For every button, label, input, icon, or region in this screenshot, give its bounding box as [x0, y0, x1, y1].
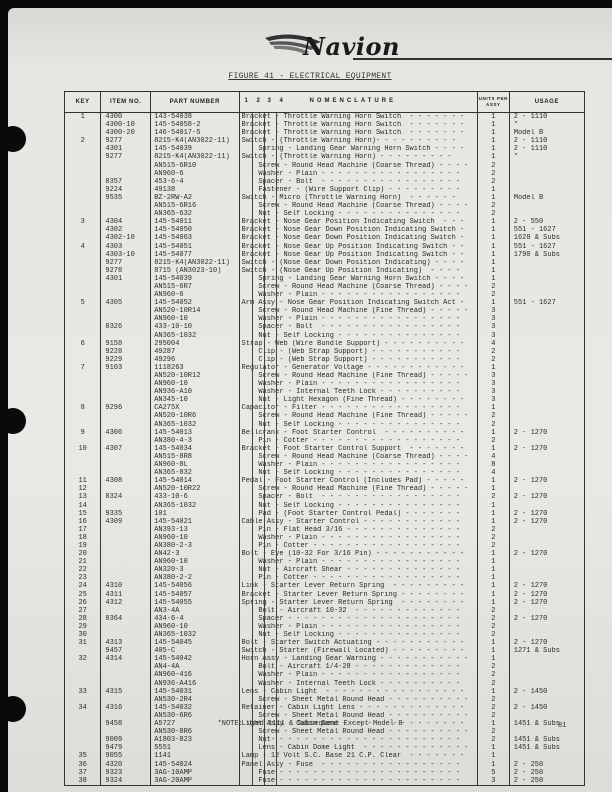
units-cell: 1 — [478, 639, 509, 647]
units-cell: 1 — [478, 121, 509, 129]
units-cell: 2 — [478, 493, 509, 501]
item-no-cell: 4309 — [101, 518, 150, 526]
usage-cell — [510, 461, 584, 469]
item-no-cell: 9479 — [101, 744, 150, 752]
item-no-cell — [101, 162, 150, 170]
logo-rule — [353, 58, 612, 60]
part-number-column: 143-54038145-54058-2146-54017-58215-K4(A… — [151, 113, 239, 786]
usage-cell — [510, 469, 584, 477]
item-no-cell — [101, 663, 150, 671]
item-no-cell: 8364 — [101, 615, 150, 623]
usage-cell — [510, 607, 584, 615]
units-cell: 2 — [478, 631, 509, 639]
part-number-cell: 101 — [151, 510, 238, 518]
part-number-cell: BZ-2RW-A2 — [151, 194, 238, 202]
item-no-cell: 9457 — [101, 647, 150, 655]
part-number-cell: 433-10-6 — [151, 493, 238, 501]
part-number-cell: 434-6-4 — [151, 615, 238, 623]
units-cell: 1 — [478, 226, 509, 234]
item-no-cell — [101, 550, 150, 558]
usage-cell — [510, 356, 584, 364]
part-number-cell: 8215-K4(AN3022-11) — [151, 137, 238, 145]
usage-cell: 2 - 1270 — [510, 550, 584, 558]
units-cell: 1 — [478, 558, 509, 566]
units-cell: 1 — [478, 591, 509, 599]
item-no-cell — [101, 712, 150, 720]
units-cell: 2 — [478, 696, 509, 704]
key-cell: 32 — [65, 655, 100, 663]
usage-cell — [510, 558, 584, 566]
units-cell: 1 — [478, 518, 509, 526]
item-no-cell — [101, 388, 150, 396]
item-no-cell: 9158 — [101, 340, 150, 348]
part-number-cell: AN960-6 — [151, 170, 238, 178]
part-number-cell: 145-54034 — [151, 445, 238, 453]
key-cell: 17 — [65, 526, 100, 534]
units-cell: 3 — [478, 396, 509, 404]
part-number-cell: 145-54039 — [151, 275, 238, 283]
units-cell: 1 — [478, 251, 509, 259]
usage-cell — [510, 170, 584, 178]
usage-cell — [510, 388, 584, 396]
key-cell — [65, 372, 100, 380]
usage-cell: 2 - 250 — [510, 777, 584, 785]
units-cell: 1 — [478, 145, 509, 153]
key-cell: 4 — [65, 243, 100, 251]
usage-cell: 551 - 1627 — [510, 299, 584, 307]
units-cell: 2 — [478, 704, 509, 712]
units-cell: 2 — [478, 736, 509, 744]
header-nomenclature: 1 2 3 4 NOMENCLATURE — [239, 92, 477, 113]
units-cell: 3 — [478, 380, 509, 388]
units-cell: 1 — [478, 550, 509, 558]
usage-cell: 1790 & Subs — [510, 251, 584, 259]
usage-cell — [510, 631, 584, 639]
units-cell: 2 — [478, 210, 509, 218]
usage-cell: 2 - 1270 — [510, 599, 584, 607]
item-no-cell: 9229 — [101, 356, 150, 364]
units-cell: 1 — [478, 502, 509, 510]
item-no-cell: 4316 — [101, 704, 150, 712]
units-cell: 1 — [478, 275, 509, 283]
key-cell — [65, 234, 100, 242]
footnote: *NOTE: Used 1111 & Subsequent Except Mod… — [8, 720, 612, 728]
binder-hole — [0, 696, 26, 722]
key-cell — [65, 356, 100, 364]
item-no-cell: 4300 — [101, 113, 150, 121]
item-no-cell: 9055 — [101, 752, 150, 760]
units-cell: 2 — [478, 712, 509, 720]
key-cell — [65, 251, 100, 259]
part-number-cell: AN960-8L — [151, 461, 238, 469]
item-no-cell — [101, 534, 150, 542]
item-no-cell: 9103 — [101, 364, 150, 372]
key-cell — [65, 226, 100, 234]
part-number-cell: AN393-13 — [151, 526, 238, 534]
usage-cell — [510, 623, 584, 631]
key-cell — [65, 348, 100, 356]
usage-cell — [510, 752, 584, 760]
units-cell: 1 — [478, 234, 509, 242]
header-key: KEY — [65, 92, 101, 113]
figure-title: FIGURE 41 - ELECTRICAL EQUIPMENT — [8, 72, 612, 81]
key-cell: 31 — [65, 639, 100, 647]
key-cell — [65, 162, 100, 170]
part-number-cell: AN520-10R14 — [151, 307, 238, 315]
item-no-cell: 4305 — [101, 299, 150, 307]
usage-cell — [510, 348, 584, 356]
usage-cell: 2 - 1270 — [510, 591, 584, 599]
part-number-cell: 145-54032 — [151, 704, 238, 712]
key-cell: 1 — [65, 113, 100, 121]
part-number-cell: AN960-10 — [151, 380, 238, 388]
key-cell — [65, 461, 100, 469]
part-number-cell: 145-54058-2 — [151, 121, 238, 129]
key-cell — [65, 728, 100, 736]
units-cell: 1 — [478, 194, 509, 202]
item-no-cell: 4314 — [101, 655, 150, 663]
nomenclature-column: Bracket - Throttle Warning Horn Switch -… — [239, 113, 477, 786]
item-no-cell: 4302 — [101, 226, 150, 234]
units-cell: 2 — [478, 178, 509, 186]
part-number-cell: CA275X — [151, 404, 238, 412]
units-cell: 4 — [478, 340, 509, 348]
key-cell: 30 — [65, 631, 100, 639]
units-cell: 1 — [478, 218, 509, 226]
part-number-cell: AN365-1032 — [151, 421, 238, 429]
usage-cell — [510, 574, 584, 582]
part-number-cell: 8215-K4(AN3022-11) — [151, 259, 238, 267]
key-cell: 38 — [65, 777, 100, 785]
units-cell: 2 — [478, 412, 509, 420]
key-cell: 7 — [65, 364, 100, 372]
key-cell — [65, 267, 100, 275]
usage-cell — [510, 534, 584, 542]
units-cell: 1 — [478, 744, 509, 752]
part-number-cell: AN515-6R10 — [151, 162, 238, 170]
item-no-cell: 4313 — [101, 639, 150, 647]
part-number-cell: AN320-3 — [151, 566, 238, 574]
key-cell — [65, 170, 100, 178]
key-cell — [65, 421, 100, 429]
part-number-cell: AN345-10 — [151, 396, 238, 404]
part-number-cell: 145-54057 — [151, 591, 238, 599]
part-number-cell: AN960-10 — [151, 623, 238, 631]
units-cell: 2 — [478, 356, 509, 364]
units-cell: 1 — [478, 655, 509, 663]
part-number-cell: 145-54024 — [151, 761, 238, 769]
key-cell — [65, 396, 100, 404]
part-number-cell: 145-54056 — [151, 582, 238, 590]
part-number-cell: AN530-2R4 — [151, 696, 238, 704]
key-cell: 18 — [65, 534, 100, 542]
key-cell: 5 — [65, 299, 100, 307]
key-cell — [65, 194, 100, 202]
key-cell: 6 — [65, 340, 100, 348]
key-cell — [65, 380, 100, 388]
usage-cell: Model B — [510, 194, 584, 202]
usage-cell — [510, 283, 584, 291]
part-number-cell: AN365-1032 — [151, 631, 238, 639]
part-number-cell: AN960-10 — [151, 558, 238, 566]
item-no-cell: 4310 — [101, 582, 150, 590]
usage-cell — [510, 202, 584, 210]
part-number-cell: 49296 — [151, 356, 238, 364]
key-cell: 13 — [65, 493, 100, 501]
key-cell: 20 — [65, 550, 100, 558]
units-cell: 2 — [478, 663, 509, 671]
usage-cell — [510, 275, 584, 283]
item-no-cell — [101, 210, 150, 218]
usage-cell — [510, 364, 584, 372]
part-number-cell: A1803-823 — [151, 736, 238, 744]
part-number-cell: 145-54011 — [151, 218, 238, 226]
part-number-cell: 145-54063 — [151, 234, 238, 242]
header-item-no: ITEM NO. — [101, 92, 151, 113]
key-cell: 26 — [65, 599, 100, 607]
key-cell: 24 — [65, 582, 100, 590]
item-no-cell — [101, 671, 150, 679]
units-cell: 2 — [478, 526, 509, 534]
key-cell — [65, 291, 100, 299]
key-cell — [65, 153, 100, 161]
item-no-cell — [101, 412, 150, 420]
units-cell: 2 — [478, 291, 509, 299]
units-cell: 2 — [478, 542, 509, 550]
item-no-cell — [101, 372, 150, 380]
key-cell — [65, 437, 100, 445]
usage-cell — [510, 332, 584, 340]
item-no-cell: 9228 — [101, 348, 150, 356]
item-no-cell: 8357 — [101, 178, 150, 186]
key-cell — [65, 671, 100, 679]
units-cell: 2 — [478, 671, 509, 679]
usage-cell — [510, 696, 584, 704]
item-no-cell — [101, 283, 150, 291]
units-cell: 2 — [478, 728, 509, 736]
usage-cell — [510, 178, 584, 186]
units-cell: 4 — [478, 453, 509, 461]
key-cell: 9 — [65, 429, 100, 437]
item-no-cell: 8326 — [101, 323, 150, 331]
units-cell: 1 — [478, 404, 509, 412]
usage-cell — [510, 728, 584, 736]
key-cell — [65, 129, 100, 137]
part-number-cell: AN520-10R22 — [151, 485, 238, 493]
units-cell: 2 — [478, 170, 509, 178]
usage-cell: 1451 & Subs — [510, 744, 584, 752]
key-cell — [65, 388, 100, 396]
parts-table: KEY ITEM NO. PART NUMBER 1 2 3 4 NOMENCL… — [64, 91, 585, 786]
part-number-cell: 405-C — [151, 647, 238, 655]
item-no-cell — [101, 623, 150, 631]
key-cell: 11 — [65, 477, 100, 485]
key-cell — [65, 663, 100, 671]
units-cell: 1 — [478, 267, 509, 275]
item-no-cell: 4301 — [101, 145, 150, 153]
part-number-cell: 143-54038 — [151, 113, 238, 121]
units-cell: 3 — [478, 372, 509, 380]
usage-cell — [510, 380, 584, 388]
nomenclature-label: NOMENCLATURE — [310, 98, 397, 104]
item-no-cell: 4311 — [101, 591, 150, 599]
item-no-cell: 4301 — [101, 275, 150, 283]
part-number-cell: AN936-A10 — [151, 388, 238, 396]
usage-cell: 2 - 1110 — [510, 113, 584, 121]
units-cell: 8 — [478, 461, 509, 469]
key-cell: 19 — [65, 542, 100, 550]
key-cell: 14 — [65, 502, 100, 510]
usage-cell: Model B — [510, 129, 584, 137]
usage-cell: 2 - 1110 — [510, 145, 584, 153]
part-number-cell: 145-54052 — [151, 299, 238, 307]
item-no-cell: 4320 — [101, 761, 150, 769]
item-no-cell — [101, 526, 150, 534]
item-no-cell — [101, 291, 150, 299]
part-number-cell: 145-54051 — [151, 243, 238, 251]
part-number-cell: AN960-10 — [151, 315, 238, 323]
usage-cell — [510, 526, 584, 534]
key-cell: 37 — [65, 769, 100, 777]
part-number-cell: 145-54031 — [151, 688, 238, 696]
units-cell: 1 — [478, 153, 509, 161]
item-no-cell: 4303 — [101, 243, 150, 251]
usage-cell — [510, 502, 584, 510]
units-cell: 1 — [478, 510, 509, 518]
usage-cell: 1451 & Subs — [510, 736, 584, 744]
units-cell: 2 — [478, 202, 509, 210]
usage-cell — [510, 404, 584, 412]
usage-cell — [510, 259, 584, 267]
part-number-cell: 295004 — [151, 340, 238, 348]
part-number-cell: AN515-6R7 — [151, 283, 238, 291]
usage-cell: 2 - 250 — [510, 769, 584, 777]
part-number-cell: AN515-6R16 — [151, 202, 238, 210]
binder-hole — [0, 408, 26, 434]
part-number-cell: 145-54021 — [151, 518, 238, 526]
units-cell: 3 — [478, 332, 509, 340]
item-no-cell: 4307 — [101, 445, 150, 453]
header-units-per-assy: UNITS PER ASSY — [477, 92, 509, 113]
usage-cell — [510, 307, 584, 315]
units-cell: 2 — [478, 607, 509, 615]
usage-cell: 2 - 1270 — [510, 582, 584, 590]
units-cell: 1 — [478, 688, 509, 696]
part-number-cell: 3AG-20AMP — [151, 777, 238, 785]
item-no-column: 43004300-104300-209277430192778357922495… — [101, 113, 151, 786]
indent-level-4: 4 — [280, 98, 284, 104]
key-cell — [65, 178, 100, 186]
indent-rule — [252, 113, 253, 785]
item-no-cell — [101, 696, 150, 704]
units-cell: 2 — [478, 348, 509, 356]
item-no-cell: 4300-20 — [101, 129, 150, 137]
usage-cell — [510, 542, 584, 550]
usage-cell: 2 - 1270 — [510, 445, 584, 453]
part-number-cell: AN3-4A — [151, 607, 238, 615]
item-no-cell — [101, 202, 150, 210]
usage-cell: 2 - 1270 — [510, 510, 584, 518]
units-cell: 1 — [478, 752, 509, 760]
units-column: 1111112221122111111112213333422133331221… — [477, 113, 509, 786]
key-cell — [65, 210, 100, 218]
part-number-cell: AN365-832 — [151, 469, 238, 477]
units-cell: 1 — [478, 574, 509, 582]
item-no-cell — [101, 566, 150, 574]
usage-cell — [510, 315, 584, 323]
navion-logo: Navion — [263, 30, 603, 70]
item-no-cell: 9323 — [101, 769, 150, 777]
part-number-cell: AN960-416 — [151, 671, 238, 679]
item-no-cell: 4302-10 — [101, 234, 150, 242]
table-header-row: KEY ITEM NO. PART NUMBER 1 2 3 4 NOMENCL… — [65, 92, 585, 113]
usage-cell — [510, 372, 584, 380]
part-number-cell: 146-54017-5 — [151, 129, 238, 137]
usage-cell: 2 - 550 — [510, 218, 584, 226]
units-cell: 1 — [478, 599, 509, 607]
units-cell: 2 — [478, 283, 509, 291]
item-no-cell: 4306 — [101, 429, 150, 437]
indent-rule — [264, 113, 265, 785]
units-cell: 2 — [478, 680, 509, 688]
usage-cell: 2 - 1270 — [510, 493, 584, 501]
usage-cell: 551 - 1627 — [510, 226, 584, 234]
item-no-cell: 9277 — [101, 137, 150, 145]
key-cell — [65, 469, 100, 477]
usage-cell — [510, 671, 584, 679]
item-no-cell: 4304 — [101, 218, 150, 226]
key-cell — [65, 744, 100, 752]
key-cell: 8 — [65, 404, 100, 412]
part-number-cell: AN365-1032 — [151, 502, 238, 510]
item-no-cell: 9535 — [101, 194, 150, 202]
key-cell: 10 — [65, 445, 100, 453]
key-cell — [65, 186, 100, 194]
parts-catalog-page: Navion FIGURE 41 - ELECTRICAL EQUIPMENT … — [8, 8, 612, 792]
indent-level-3: 3 — [268, 98, 272, 104]
usage-cell: 1628 & Subs — [510, 234, 584, 242]
item-no-cell — [101, 307, 150, 315]
units-cell: 3 — [478, 388, 509, 396]
item-no-cell — [101, 607, 150, 615]
part-number-cell: AN960-10 — [151, 534, 238, 542]
usage-cell: * — [510, 121, 584, 129]
usage-cell: 2 - 1270 — [510, 518, 584, 526]
usage-cell: 2 - 1450 — [510, 704, 584, 712]
key-cell — [65, 145, 100, 153]
part-number-cell: AN380-4-3 — [151, 437, 238, 445]
units-cell: 5 — [478, 769, 509, 777]
units-cell: 1 — [478, 761, 509, 769]
part-number-cell: 145-54039 — [151, 145, 238, 153]
usage-cell — [510, 323, 584, 331]
part-number-cell: AN365-632 — [151, 210, 238, 218]
key-cell: 22 — [65, 566, 100, 574]
key-cell — [65, 647, 100, 655]
item-no-cell: 8324 — [101, 493, 150, 501]
usage-cell — [510, 680, 584, 688]
logo-text: Navion — [303, 32, 400, 61]
units-cell: 1 — [478, 113, 509, 121]
item-no-cell — [101, 453, 150, 461]
item-no-cell: 9278 — [101, 267, 150, 275]
units-cell: 3 — [478, 323, 509, 331]
item-no-cell: 9324 — [101, 777, 150, 785]
usage-cell: 2 - 250 — [510, 761, 584, 769]
key-cell — [65, 259, 100, 267]
key-cell — [65, 121, 100, 129]
usage-cell: 2 - 1270 — [510, 639, 584, 647]
